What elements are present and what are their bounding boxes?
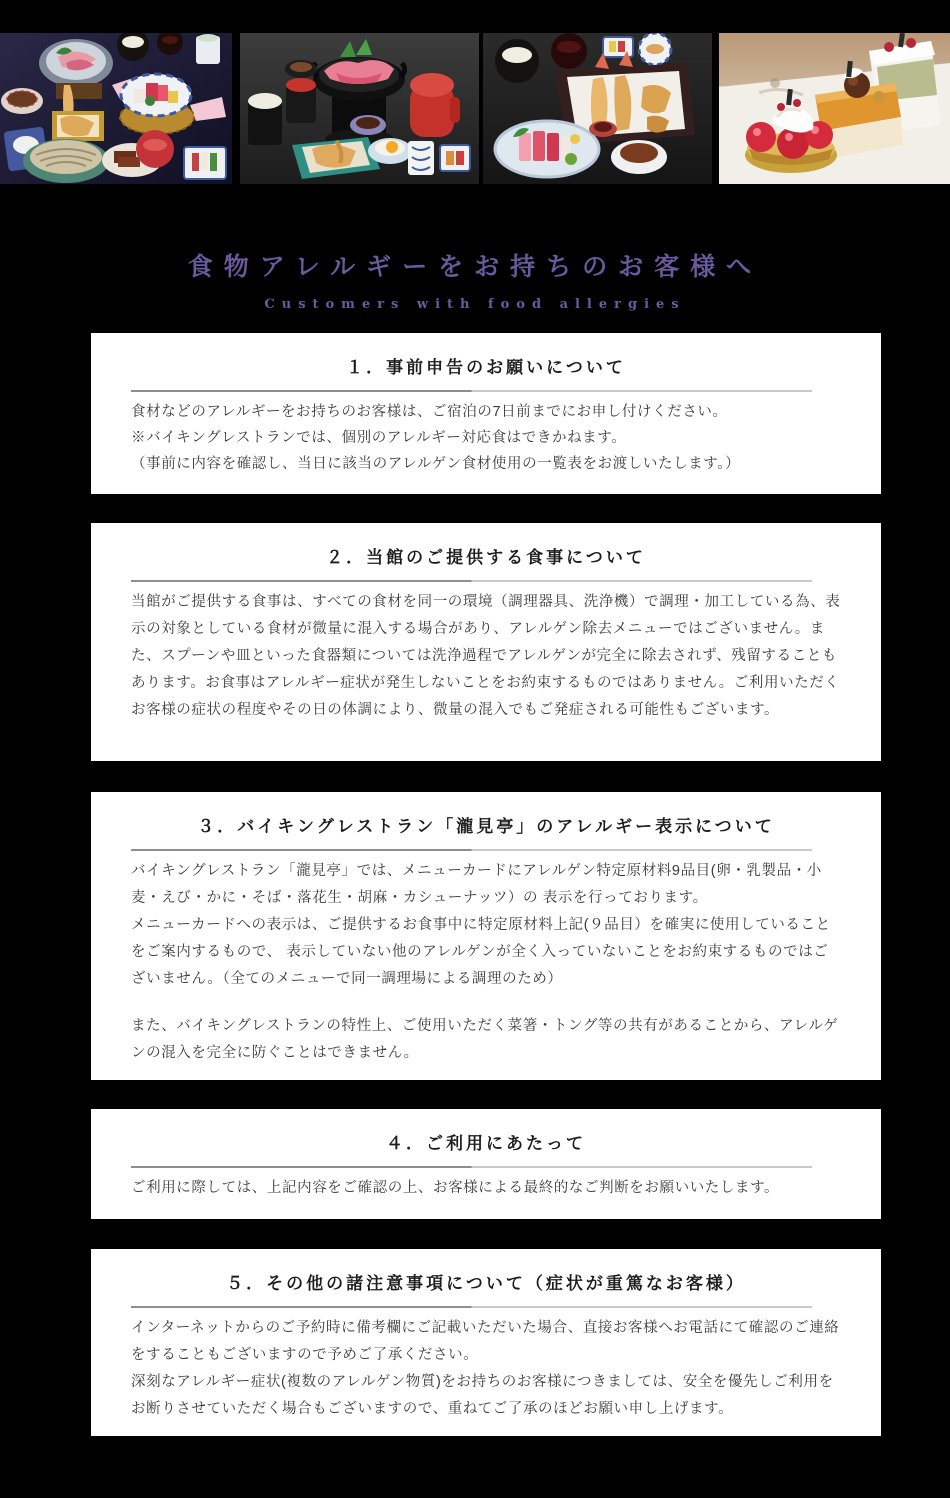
paragraph: メニューカードへの表示は、ご提供するお食事中に特定原材料上記(９品目）を確実に使… — [131, 912, 841, 993]
paragraph: 食材などのアレルギーをお持ちのお客様は、ご宿泊の7日前までにお申し付けください。 — [131, 399, 841, 425]
dessert-cakes-image — [719, 33, 950, 184]
page-subtitle: Customers with food allergies — [0, 297, 950, 312]
section-1-body: 食材などのアレルギーをお持ちのお客様は、ご宿泊の7日前までにお申し付けください。… — [131, 399, 841, 477]
section-5-body: インターネットからのご予約時に備考欄にご記載いただいた場合、直接お客様へお電話に… — [131, 1315, 841, 1423]
photo-dessert-cakes — [719, 33, 950, 184]
paragraph: （事前に内容を確認し、当日に該当のアレルゲン食材使用の一覧表をお渡しいたします。… — [131, 451, 841, 477]
paragraph: バイキングレストラン「瀧見亭」では、メニューカードにアレルゲン特定原材料9品目(… — [131, 858, 841, 912]
photo-hotpot-set — [240, 33, 479, 184]
paragraph: 当館がご提供する食事は、すべての食材を同一の環境（調理器具、洗浄機）で調理・加工… — [131, 589, 841, 724]
paragraph: また、バイキングレストランの特性上、ご使用いただく菜箸・トング等の共有があること… — [131, 1013, 841, 1067]
photo-soba-sashimi-set — [0, 33, 232, 184]
paragraph: ご利用に際しては、上記内容をご確認の上、お客様による最終的なご判断をお願いいたし… — [131, 1175, 841, 1202]
hotpot-set-image — [240, 33, 479, 184]
soba-sashimi-set-image — [0, 33, 232, 184]
section-3-body: バイキングレストラン「瀧見亭」では、メニューカードにアレルゲン特定原材料9品目(… — [131, 858, 841, 1067]
section-3-divider — [131, 849, 812, 851]
section-4-body: ご利用に際しては、上記内容をご確認の上、お客様による最終的なご判断をお願いいたし… — [131, 1175, 841, 1202]
photo-tempura-sashimi-set — [483, 33, 712, 184]
tempura-sashimi-set-image — [483, 33, 712, 184]
section-5-divider — [131, 1306, 812, 1308]
section-2-body: 当館がご提供する食事は、すべての食材を同一の環境（調理器具、洗浄機）で調理・加工… — [131, 589, 841, 724]
paragraph: 深刻なアレルギー症状(複数のアレルゲン物質)をお持ちのお客様につきましては、安全… — [131, 1369, 841, 1423]
section-1-divider — [131, 390, 812, 392]
section-2-heading: ２．当館のご提供する食事について — [131, 523, 841, 569]
paragraph: インターネットからのご予約時に備考欄にご記載いただいた場合、直接お客様へお電話に… — [131, 1315, 841, 1369]
page-title-block: 食物アレルギーをお持ちのお客様へ Customers with food all… — [0, 247, 950, 312]
food-photo-strip — [0, 33, 950, 184]
section-advance-notice: １．事前申告のお願いについて 食材などのアレルギーをお持ちのお客様は、ご宿泊の7… — [91, 333, 881, 494]
section-4-heading: ４．ご利用にあたって — [131, 1109, 841, 1155]
paragraph: ※バイキングレストランでは、個別のアレルギー対応食はできかねます。 — [131, 425, 841, 451]
section-4-divider — [131, 1166, 812, 1168]
allergy-info-page: 食物アレルギーをお持ちのお客様へ Customers with food all… — [0, 0, 950, 1498]
page-title: 食物アレルギーをお持ちのお客様へ — [0, 247, 950, 283]
section-3-heading: ３．バイキングレストラン「瀧見亭」のアレルギー表示について — [131, 792, 841, 838]
section-meals-provided: ２．当館のご提供する食事について 当館がご提供する食事は、すべての食材を同一の環… — [91, 523, 881, 761]
section-other-notes: ５．その他の諸注意事項について（症状が重篤なお客様） インターネットからのご予約… — [91, 1249, 881, 1436]
section-2-divider — [131, 580, 812, 582]
section-upon-use: ４．ご利用にあたって ご利用に際しては、上記内容をご確認の上、お客様による最終的… — [91, 1109, 881, 1219]
section-5-heading: ５．その他の諸注意事項について（症状が重篤なお客様） — [131, 1249, 841, 1295]
section-buffet-allergy-labeling: ３．バイキングレストラン「瀧見亭」のアレルギー表示について バイキングレストラン… — [91, 792, 881, 1080]
section-1-heading: １．事前申告のお願いについて — [131, 333, 841, 379]
